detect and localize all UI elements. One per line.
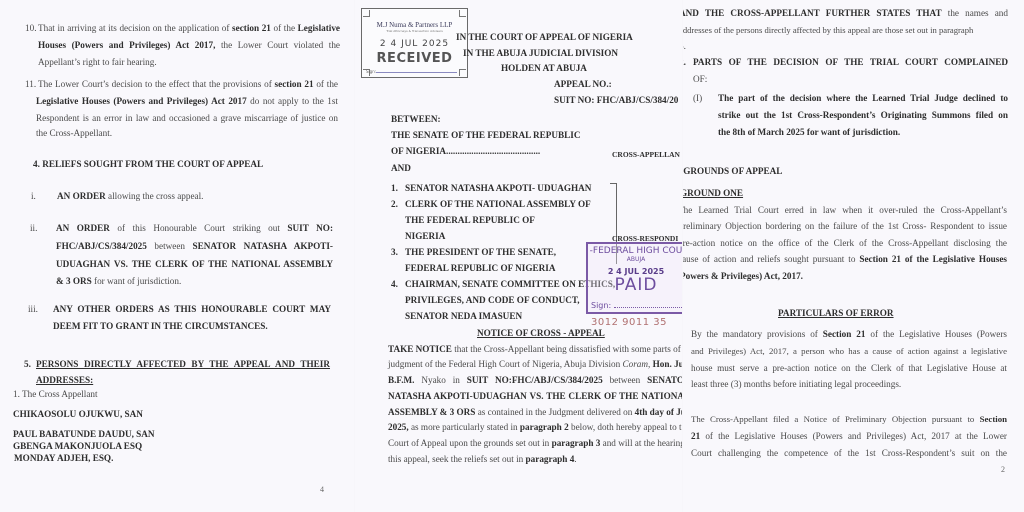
stamp-tagline: Trial Attorneys & Transaction Advisers	[362, 29, 467, 33]
text: section 21	[275, 79, 314, 89]
ground-one-line-3: pre-action notice on the office of the C…	[683, 237, 1007, 250]
respondent-line: CLERK OF THE NATIONAL ASSEMBLY OF	[405, 198, 591, 211]
text: of the	[314, 79, 338, 89]
para-11-line-3: Respondent is an error in law and occasi…	[36, 112, 338, 125]
text: Section 21 of the Legislative Houses	[859, 254, 1007, 264]
respondent-line: PRIVILEGES, AND CODE OF CONDUCT,	[405, 294, 580, 307]
text: Coram,	[623, 359, 651, 369]
part-i-number: (I)	[693, 92, 702, 105]
section-2-heading-line-1: PARTS OF THE DECISION OF THE TRIAL COURT…	[693, 56, 1008, 69]
ground-one-heading: GROUND ONE	[683, 187, 743, 200]
respondent-line: CHAIRMAN, SENATE COMMITTEE ON ETHICS,	[405, 278, 615, 291]
text: Legislative Houses (Powers and Privilege…	[36, 96, 247, 106]
text: SENATOR NATASHA AKPOTI-	[193, 241, 333, 251]
text: of the Legislative Houses (Powers and Pr…	[700, 431, 1007, 441]
ground-one-line-4: cause of action and reliefs sought pursu…	[683, 253, 1007, 266]
text: do not apply to the 1st	[247, 96, 338, 106]
further-line-3: 5.	[683, 40, 686, 53]
paid-stamp: -FEDERAL HIGH COU ABUJA 2 4 JUL 2025 PAI…	[586, 242, 682, 314]
relief-iii-line-1: ANY OTHER ORDERS AS THIS HONOURABLE COUR…	[53, 303, 331, 316]
text: as more particularly stated in	[409, 422, 520, 432]
para-10-line-2: Houses (Powers and Privileges) Act 2017,…	[38, 39, 340, 52]
text: this appeal, seek the reliefs set out in	[388, 454, 526, 464]
notice-line-5: ASSEMBLY & 3 ORS as contained in the Jud…	[388, 406, 682, 419]
text: section 21	[232, 23, 271, 33]
respondent-number: 2.	[391, 198, 398, 211]
relief-ii-line-2: FHC/ABJ/CS/384/2025 between SENATOR NATA…	[56, 240, 333, 253]
text: of the Legislative Houses (Powers	[866, 329, 1007, 339]
particular-2-line-2: 21 of the Legislative Houses (Powers and…	[691, 430, 1007, 443]
stamp-status: PAID	[588, 275, 682, 295]
stamp-corner	[459, 69, 466, 76]
section-2-heading-line-2: OF:	[693, 73, 707, 86]
relief-i-number: i.	[31, 190, 36, 203]
notice-line-2: judgment of the Federal High Court of Ni…	[388, 358, 682, 371]
relief-i-text: AN ORDER allowing the cross appeal.	[57, 190, 203, 203]
notice-line-7: Court of Appeal upon the grounds set out…	[388, 437, 682, 450]
appellant-line-2: OF NIGERIA..............................…	[391, 145, 540, 158]
text: the Lower Court violated the	[215, 40, 340, 50]
section-5-heading-line-1: PERSONS DIRECTLY AFFECTED BY THE APPEAL …	[36, 358, 330, 371]
text: TAKE NOTICE	[388, 344, 452, 354]
respondent-line: SENATOR NATASHA AKPOTI- UDUAGHAN	[405, 182, 591, 195]
respondent-number: 1.	[391, 182, 398, 195]
particular-1-line-3: house must serve a pre-action notice on …	[691, 362, 1007, 375]
respondent-line: THE FEDERAL REPUBLIC OF	[405, 214, 535, 227]
text: for want of jurisdiction.	[92, 276, 182, 286]
text: that the Cross-Appellant being dissatisf…	[452, 344, 681, 354]
stamp-sign-label: Sign:	[366, 69, 376, 74]
respondent-line: FEDERAL REPUBLIC OF NIGERIA	[405, 262, 556, 275]
respondent-line: NIGERIA	[405, 230, 445, 243]
counsel-name: MONDAY ADJEH, ESQ.	[14, 452, 113, 465]
stamp-court: -FEDERAL HIGH COU	[588, 246, 682, 256]
stamp-status: RECEIVED	[362, 51, 467, 66]
text: 2025,	[388, 422, 409, 432]
text: Section 21	[823, 329, 866, 339]
suit-number: SUIT NO: FHC/ABJ/CS/384/20	[554, 94, 678, 107]
further-line-1: AND THE CROSS-APPELLANT FURTHER STATES T…	[683, 7, 1008, 20]
ground-one-line-5: Powers & Privileges) Act, 2017.	[683, 270, 803, 283]
text: & 3 ORS	[56, 276, 92, 286]
part-i-line-1: The part of the decision where the Learn…	[718, 92, 1008, 105]
notice-heading: NOTICE OF CROSS - APPEAL	[477, 327, 605, 340]
respondent-line: SENATOR NEDA IMASUEN	[405, 310, 522, 323]
cross-appellant-label: 1. The Cross Appellant	[13, 388, 98, 401]
text: and will at the hearing	[600, 438, 682, 448]
section-4-heading: 4. RELIEFS SOUGHT FROM THE COURT OF APPE…	[33, 158, 263, 171]
text: below, doth hereby appeal to t	[569, 422, 682, 432]
notice-line-4: NATASHA AKPOTI-UDUAGHAN VS. THE CLERK OF…	[388, 390, 682, 403]
relief-ii-line-3: UDUAGHAN VS. THE CLERK OF THE NATIONAL A…	[56, 258, 333, 271]
text: FHC/ABJ/CS/384/2025	[56, 241, 147, 251]
text: 21	[691, 431, 700, 441]
page-number: 4	[320, 485, 324, 494]
section-3-heading: 3. GROUNDS OF APPEAL	[683, 165, 782, 178]
cross-appellant-role: CROSS-APPELLAN	[612, 148, 680, 161]
counsel-name: CHIKAOSOLU OJUKWU, SAN	[13, 408, 143, 421]
and-label: AND	[391, 162, 411, 175]
text: as contained in the Judgment delivered o…	[475, 407, 634, 417]
page-number: 2	[1001, 465, 1005, 474]
particular-2-line-3: Court challenging the competence of the …	[691, 447, 1007, 460]
document-page-2: AND THE CROSS-APPELLANT FURTHER STATES T…	[683, 0, 1024, 512]
text: of this Honourable Court striking out	[110, 223, 287, 233]
para-10-line-3: Appellant’s right to fair hearing.	[38, 56, 157, 69]
text: SUIT NO:FHC/ABJ/CS/384/2025	[467, 375, 603, 385]
respondent-number: 3.	[391, 246, 398, 259]
signature-line	[376, 72, 457, 73]
para-11-line-2: Legislative Houses (Powers and Privilege…	[36, 95, 338, 108]
section-5-number: 5.	[24, 358, 31, 371]
notice-line-1: TAKE NOTICE that the Cross-Appellant bei…	[388, 343, 681, 356]
para-10-number: 10.	[25, 22, 36, 35]
court-holden: HOLDEN AT ABUJA	[501, 62, 587, 75]
text: .	[574, 454, 576, 464]
part-i-line-2: strike out the 1st Cross-Respondent’s Or…	[718, 109, 1008, 122]
document-page-cover: M.J Numa & Partners LLP Trial Attorneys …	[355, 0, 682, 512]
section-2-number: 2.	[683, 56, 686, 69]
signature-line	[614, 307, 682, 308]
relief-ii-line-4: & 3 ORS for want of jurisdiction.	[56, 275, 181, 288]
notice-line-8: this appeal, seek the reliefs set out in…	[388, 453, 577, 466]
para-11-line-4: the Cross-Appellant.	[36, 127, 112, 140]
between-label: BETWEEN:	[391, 113, 441, 126]
ground-one-line-1: The Learned Trial Court erred in law whe…	[683, 204, 1007, 217]
text: cause of action and reliefs sought pursu…	[683, 254, 859, 264]
text: By the mandatory provisions of	[691, 329, 823, 339]
particular-1-line-4: least three (3) months before initiating…	[691, 378, 901, 391]
particular-1-line-1: By the mandatory provisions of Section 2…	[691, 328, 1007, 341]
text: between	[603, 375, 647, 385]
text: the names and	[942, 8, 1008, 18]
stamp-date: 2 4 JUL 2025	[362, 39, 467, 49]
text: Legislative	[298, 23, 340, 33]
stamp-sign-label: Sign:	[591, 301, 611, 310]
relief-iii-number: iii.	[28, 303, 38, 316]
stamp-firm-name: M.J Numa & Partners LLP	[362, 21, 467, 29]
text: That in arriving at its decision on the …	[38, 23, 232, 33]
stamp-corner	[363, 10, 370, 17]
court-division: IN THE ABUJA JUDICIAL DIVISION	[463, 47, 618, 60]
relief-iii-line-2: DEEM FIT TO GRANT IN THE CIRCUMSTANCES.	[53, 320, 268, 333]
notice-line-6: 2025, as more particularly stated in par…	[388, 421, 682, 434]
para-11-line-1: The Lower Court’s decision to the effect…	[38, 78, 338, 91]
text: AN ORDER	[57, 191, 106, 201]
text: Nyako in	[414, 375, 466, 385]
text: paragraph 4	[526, 454, 575, 464]
text: B.F.M.	[388, 375, 414, 385]
court-title: IN THE COURT OF APPEAL OF NIGERIA	[456, 31, 633, 44]
particular-2-line-1: The Cross-Appellant filed a Notice of Pr…	[691, 413, 1007, 426]
part-i-line-3: the 8th of March 2025 for want of jurisd…	[718, 126, 900, 139]
particular-1-line-2: and Privileges) Act, 2017, a person who …	[691, 345, 1007, 358]
text: AND THE CROSS-APPELLANT FURTHER STATES T…	[683, 8, 942, 18]
text: between	[147, 241, 193, 251]
text: The Lower Court’s decision to the effect…	[38, 79, 275, 89]
notice-line-3: B.F.M. Nyako in SUIT NO:FHC/ABJ/CS/384/2…	[388, 374, 682, 387]
text: 4th day of Ju	[635, 407, 682, 417]
text: AN ORDER	[56, 223, 110, 233]
stamp-city: ABUJA	[588, 256, 682, 263]
text: ASSEMBLY & 3 ORS	[388, 407, 475, 417]
further-line-2: addresses of the persons directly affect…	[683, 24, 973, 37]
text: Court of Appeal upon the grounds set out…	[388, 438, 552, 448]
document-page-4: 10. That in arriving at its decision on …	[0, 0, 354, 512]
text: of the	[271, 23, 298, 33]
appellant-line-1: THE SENATE OF THE FEDERAL REPUBLIC	[391, 129, 581, 142]
text: judgment of the Federal High Court of Ni…	[388, 359, 623, 369]
respondent-number: 4.	[391, 278, 398, 291]
particulars-heading: PARTICULARS OF ERROR	[778, 307, 894, 320]
text: Hon. Just	[650, 359, 682, 369]
text: allowing the cross appeal.	[106, 191, 204, 201]
text: paragraph 2	[520, 422, 569, 432]
ground-one-line-2: Preliminary Objection bordering on the f…	[683, 220, 1007, 233]
text: Section	[980, 414, 1007, 424]
section-5-heading-line-2: ADDRESSES:	[36, 374, 93, 387]
para-10-line-1: That in arriving at its decision on the …	[38, 22, 340, 35]
appeal-number: APPEAL NO.:	[554, 78, 612, 91]
text: The Cross-Appellant filed a Notice of Pr…	[691, 414, 980, 424]
stamp-corner	[459, 10, 466, 17]
received-stamp: M.J Numa & Partners LLP Trial Attorneys …	[361, 8, 468, 78]
text: paragraph 3	[552, 438, 601, 448]
text: SUIT NO:	[287, 223, 333, 233]
para-11-number: 11.	[25, 78, 36, 91]
text: Houses (Powers and Privileges) Act 2017,	[38, 40, 215, 50]
respondent-line: THE PRESIDENT OF THE SENATE,	[405, 246, 556, 259]
relief-ii-line-1: AN ORDER of this Honourable Court striki…	[56, 222, 333, 235]
text: SENATO	[647, 375, 682, 385]
relief-ii-number: ii.	[30, 222, 37, 235]
